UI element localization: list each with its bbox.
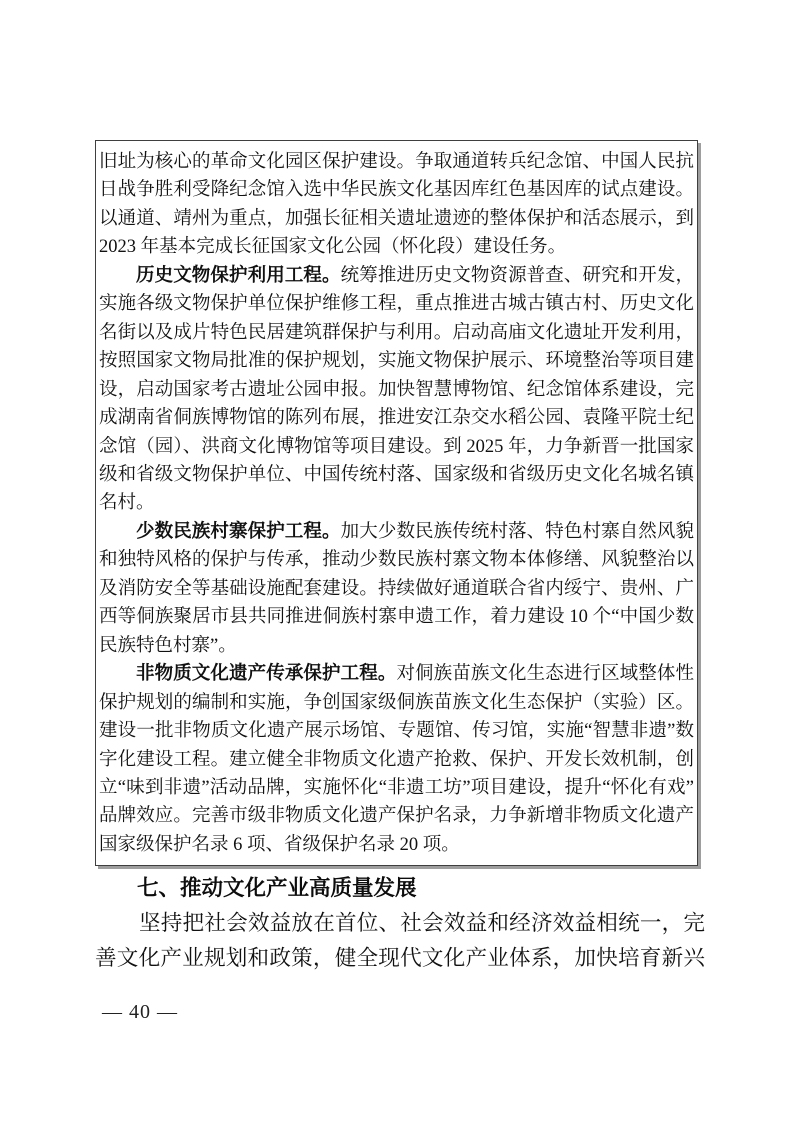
paragraph-text: 对侗族苗族文化生态进行区域整体性保护规划的编制和实施，争创国家级侗族苗族文化生态… (99, 664, 694, 855)
paragraph-lead-bold: 历史文物保护利用工程。 (136, 266, 341, 286)
paragraph-intangible-heritage-project: 非物质文化遗产传承保护工程。对侗族苗族文化生态进行区域整体性保护规划的编制和实施… (99, 660, 694, 859)
section-heading-seven: 七、推动文化产业高质量发展 (95, 876, 705, 901)
paragraph-lead-bold: 非物质文化遗产传承保护工程。 (136, 664, 396, 684)
paragraph-red-culture-continuation: 旧址为核心的革命文化园区保护建设。争取通道转兵纪念馆、中国人民抗日战争胜利受降纪… (99, 148, 694, 262)
paragraph-lead-bold: 少数民族村寨保护工程。 (136, 522, 341, 542)
page-number: — 40 — (102, 1000, 178, 1024)
document-page: 旧址为核心的革命文化园区保护建设。争取通道转兵纪念馆、中国人民抗日战争胜利受降纪… (0, 0, 793, 1122)
paragraph-minority-villages-project: 少数民族村寨保护工程。加大少数民族传统村落、特色村寨自然风貌和独特风格的保护与传… (99, 518, 694, 660)
bordered-text-box: 旧址为核心的革命文化园区保护建设。争取通道转兵纪念馆、中国人民抗日战争胜利受降纪… (95, 140, 698, 866)
paragraph-historical-relics-project: 历史文物保护利用工程。统筹推进历史文物资源普查、研究和开发，实施各级文物保护单位… (99, 262, 694, 518)
closing-paragraph: 坚持把社会效益放在首位、社会效益和经济效益相统一，完善文化产业规划和政策，健全现… (95, 906, 705, 976)
paragraph-text: 统筹推进历史文物资源普查、研究和开发，实施各级文物保护单位保护维修工程，重点推进… (99, 266, 694, 514)
paragraph-text: 旧址为核心的革命文化园区保护建设。争取通道转兵纪念馆、中国人民抗日战争胜利受降纪… (99, 152, 694, 257)
